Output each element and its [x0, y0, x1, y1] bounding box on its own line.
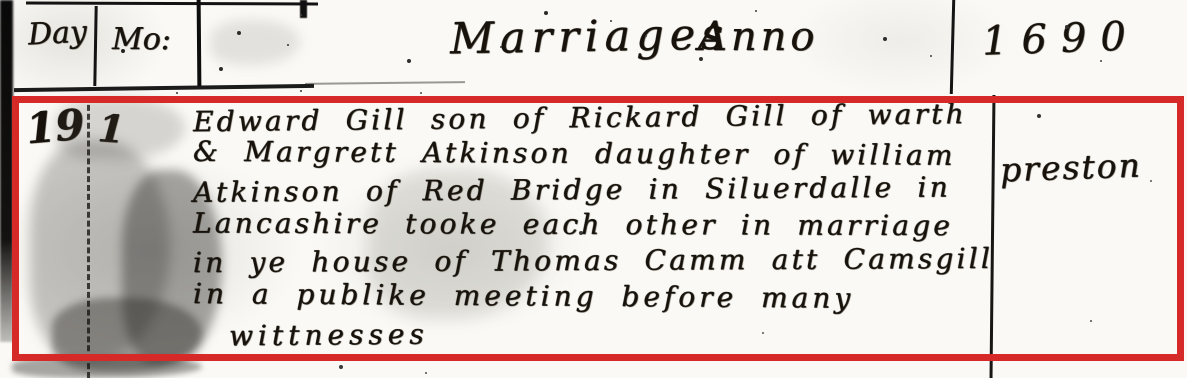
column-rule-day-month	[93, 6, 97, 86]
header-month-label: Mo:	[112, 22, 171, 57]
header-bottom-rule	[14, 84, 314, 92]
header-bottom-rule-faint	[305, 81, 465, 85]
column-rule-year	[950, 0, 955, 94]
header-year: 1690	[981, 13, 1140, 64]
header-day-label: Day	[27, 14, 88, 52]
header-marriages-title: Marriages	[450, 10, 730, 65]
table-top-rule	[26, 1, 318, 5]
highlight-box	[12, 96, 1184, 361]
register-scan-page: Day Mo: Marriages Anno 1690 19 1 Edward …	[0, 0, 1187, 378]
table-corner-mark	[300, 0, 307, 18]
ink-stain	[210, 20, 300, 65]
column-rule-month-body	[197, 0, 202, 86]
header-anno-label: Anno	[698, 14, 819, 60]
